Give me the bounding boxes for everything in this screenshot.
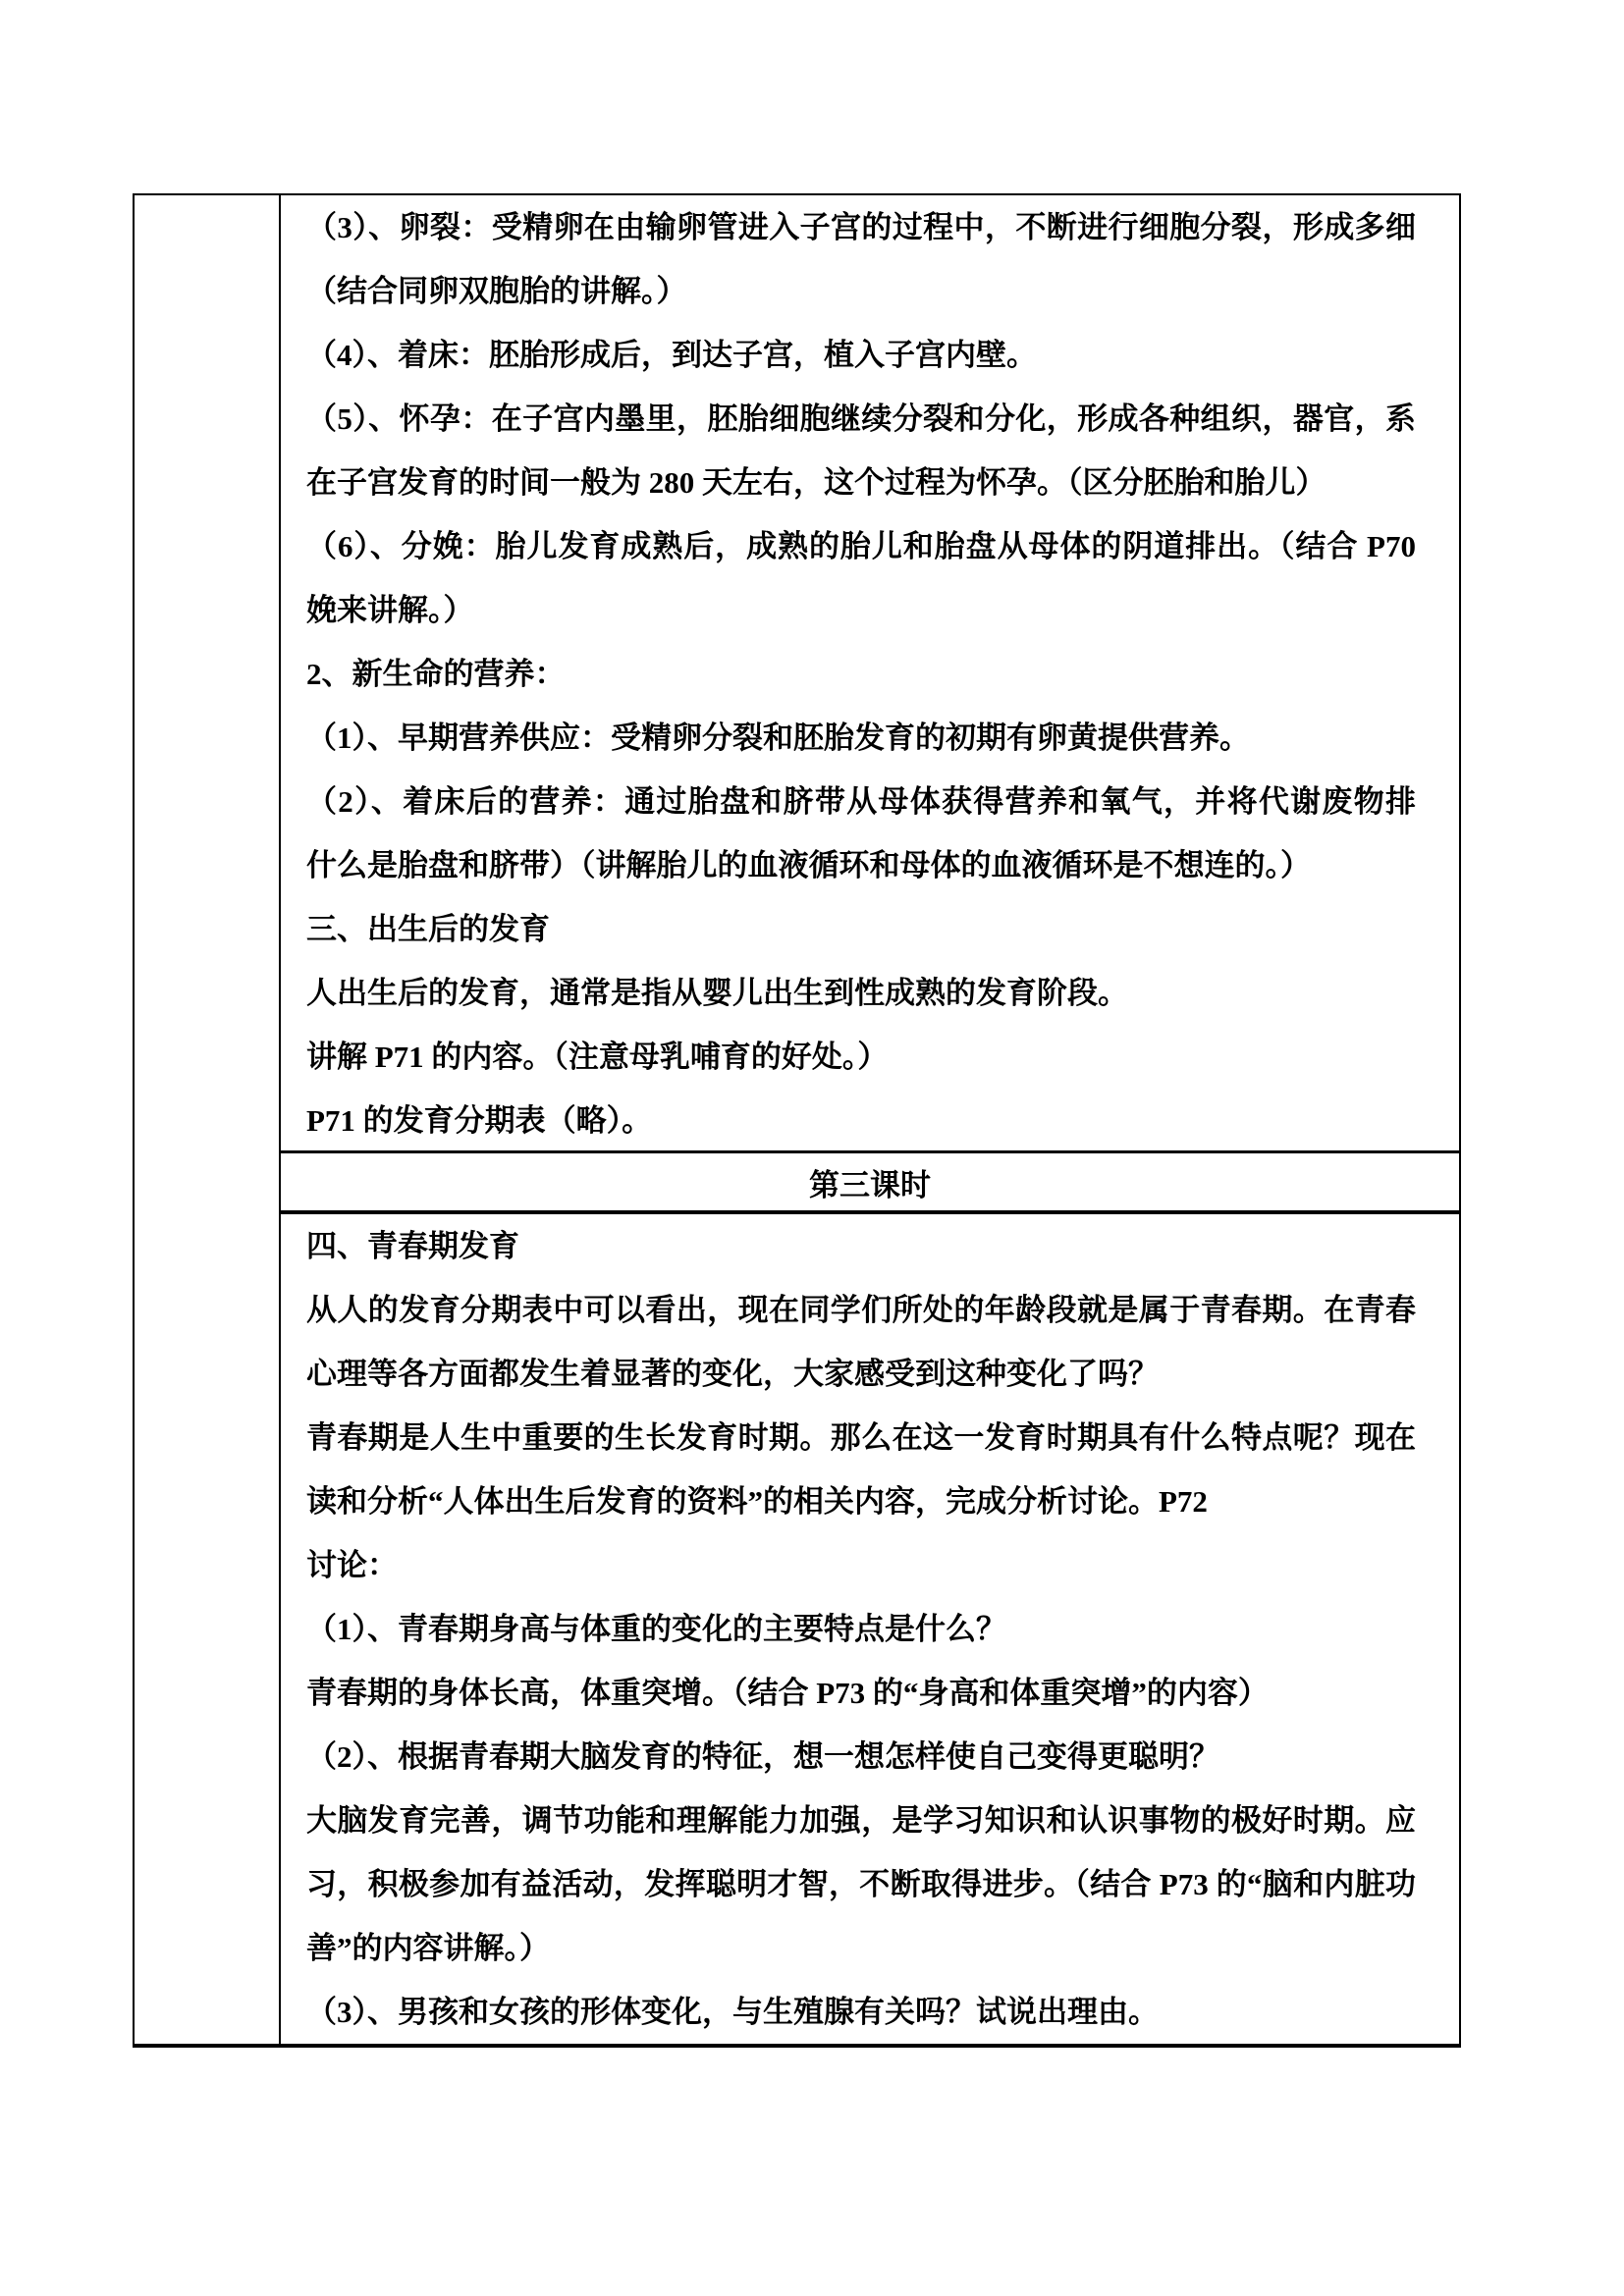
text-line: 四、青春期发育 [306,1214,1416,1278]
session-divider-row: 第三课时 [281,1150,1459,1214]
lesson-plan-table: （3）、卵裂：受精卵在由输卵管进入子宫的过程中，不断进行细胞分裂，形成多细胞胚胎… [133,193,1461,2048]
table-side-column [135,195,281,2044]
text-line: （结合同卵双胞胎的讲解。） [306,259,1416,323]
text-line: （3）、男孩和女孩的形体变化，与生殖腺有关吗？试说出理由。 [306,1980,1416,2044]
text-line: （6）、分娩：胎儿发育成熟后，成熟的胎儿和胎盘从母体的阴道排出。（结合 P70 … [306,514,1416,578]
text-line: 从人的发育分期表中可以看出，现在同学们所处的年龄段就是属于青春期。在青春期，身体… [306,1278,1416,1342]
text-line: 心理等各方面都发生着显著的变化，大家感受到这种变化了吗？ [306,1342,1416,1406]
session-three-content-cell: 四、青春期发育 从人的发育分期表中可以看出，现在同学们所处的年龄段就是属于青春期… [281,1214,1459,2044]
text-line: （2）、着床后的营养：通过胎盘和脐带从母体获得营养和氧气，并将代谢废物排出。（P… [306,770,1416,833]
text-line: 什么是胎盘和脐带）（讲解胎儿的血液循环和母体的血液循环是不想连的。） [306,833,1416,897]
text-line: （4）、着床：胚胎形成后，到达子宫，植入子宫内壁。 [306,323,1416,387]
text-line: 人出生后的发育，通常是指从婴儿出生到性成熟的发育阶段。 [306,961,1416,1025]
text-line: 大脑发育完善，调节功能和理解能力加强，是学习知识和认识事物的极好时期。应该努力学 [306,1789,1416,1852]
session-two-content-cell: （3）、卵裂：受精卵在由输卵管进入子宫的过程中，不断进行细胞分裂，形成多细胞胚胎… [281,195,1459,1150]
text-line: （2）、根据青春期大脑发育的特征，想一想怎样使自己变得更聪明？ [306,1725,1416,1789]
text-line: 娩来讲解。） [306,578,1416,642]
document-page: （3）、卵裂：受精卵在由输卵管进入子宫的过程中，不断进行细胞分裂，形成多细胞胚胎… [0,0,1624,2296]
text-line: 讨论： [306,1533,1416,1597]
text-line: 善”的内容讲解。） [306,1916,1416,1980]
session-title: 第三课时 [809,1160,931,1204]
text-line: 讲解 P71 的内容。（注意母乳哺育的好处。） [306,1025,1416,1089]
text-line: （1）、青春期身高与体重的变化的主要特点是什么？ [306,1597,1416,1661]
text-line: （3）、卵裂：受精卵在由输卵管进入子宫的过程中，不断进行细胞分裂，形成多细胞胚胎… [306,195,1416,259]
text-line: 青春期是人生中重要的生长发育时期。那么在这一发育时期具有什么特点呢？现在同学们阅 [306,1406,1416,1469]
text-line: 在子宫发育的时间一般为 280 天左右，这个过程为怀孕。（区分胚胎和胎儿） [306,451,1416,514]
text-line: P71 的发育分期表（略）。 [306,1089,1416,1150]
text-line: 读和分析“人体出生后发育的资料”的相关内容，完成分析讨论。P72 [306,1469,1416,1533]
text-line: （1）、早期营养供应：受精卵分裂和胚胎发育的初期有卵黄提供营养。 [306,706,1416,770]
text-line: 习，积极参加有益活动，发挥聪明才智，不断取得进步。（结合 P73 的“脑和内脏功… [306,1852,1416,1916]
text-line: 三、出生后的发育 [306,897,1416,961]
text-line: 2、新生命的营养： [306,642,1416,706]
text-line: （5）、怀孕：在子宫内墨里，胚胎细胞继续分裂和分化，形成各种组织，器官，系统。胚… [306,387,1416,451]
table-content-column: （3）、卵裂：受精卵在由输卵管进入子宫的过程中，不断进行细胞分裂，形成多细胞胚胎… [281,195,1459,2044]
text-line: 青春期的身体长高，体重突增。（结合 P73 的“身高和体重突增”的内容） [306,1661,1416,1725]
